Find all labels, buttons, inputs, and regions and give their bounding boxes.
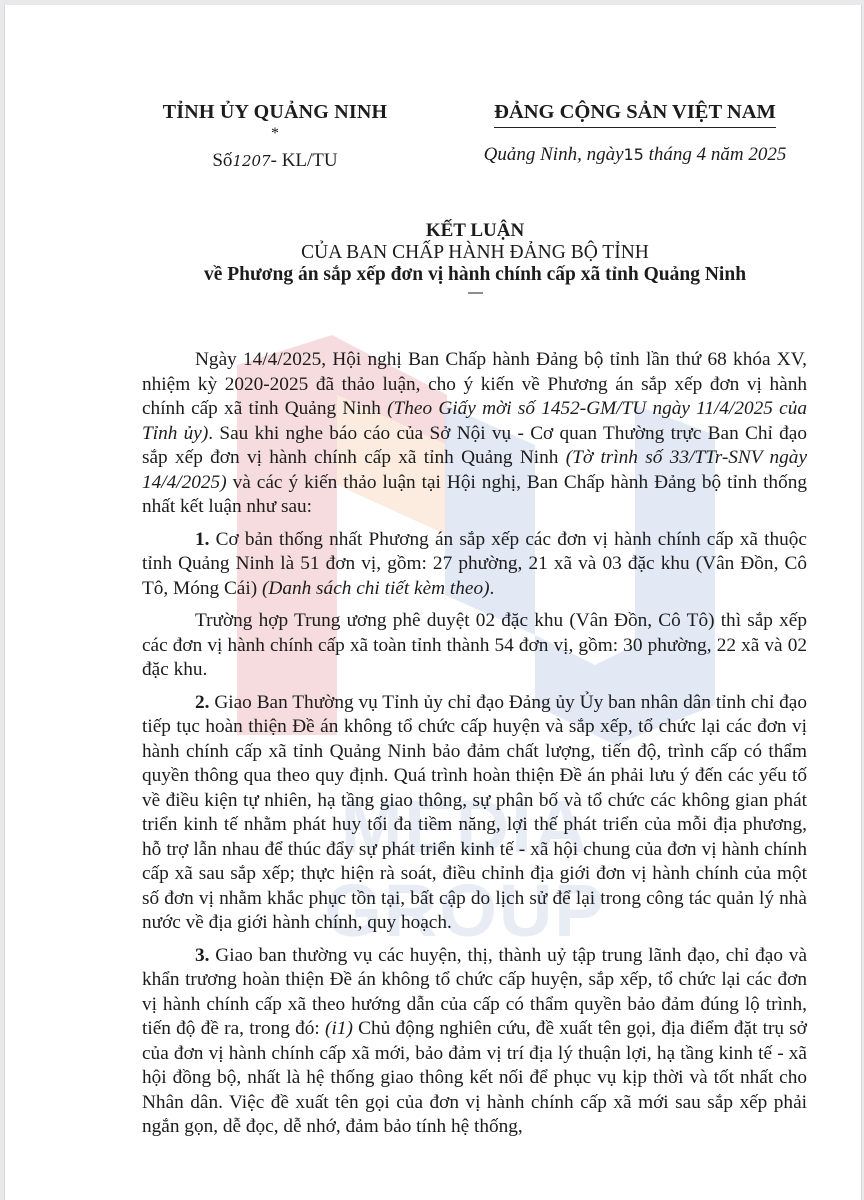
issuing-body: CỦA BAN CHẤP HÀNH ĐẢNG BỘ TỈNH (125, 242, 825, 264)
issuing-organization: TỈNH ỦY QUẢNG NINH (155, 101, 395, 124)
document-subject: về Phương án sắp xếp đơn vị hành chính c… (125, 264, 825, 286)
document-page: MEDIA GROUP TỈNH ỦY QUẢNG NINH * Số1207-… (4, 5, 862, 1200)
nation-motto: ĐẢNG CỘNG SẢN VIỆT NAM (494, 101, 776, 128)
body-paragraph: Ngày 14/4/2025, Hội nghị Ban Chấp hành Đ… (142, 348, 807, 520)
star-mark: * (155, 128, 395, 140)
document-number: Số1207- KL/TU (155, 150, 395, 172)
document-type: KẾT LUẬN (125, 220, 825, 242)
body-paragraph: Trường hợp Trung ương phê duyệt 02 đặc k… (142, 609, 807, 683)
document-title-block: KẾT LUẬN CỦA BAN CHẤP HÀNH ĐẢNG BỘ TỈNH … (125, 220, 825, 298)
handwritten-number: 1207 (232, 152, 270, 170)
place-date: Quảng Ninh, ngày15 tháng 4 năm 2025 (445, 144, 825, 166)
nation-header-block: ĐẢNG CỘNG SẢN VIỆT NAM Quảng Ninh, ngày1… (445, 101, 825, 166)
body-paragraph: 2. Giao Ban Thường vụ Tỉnh ủy chỉ đạo Đả… (142, 691, 807, 936)
document-body: Ngày 14/4/2025, Hội nghị Ban Chấp hành Đ… (142, 348, 807, 1148)
title-separator: ----- (125, 286, 825, 298)
issuing-authority-block: TỈNH ỦY QUẢNG NINH * Số1207- KL/TU (155, 101, 395, 172)
body-paragraph: 3. Giao ban thường vụ các huyện, thị, th… (142, 944, 807, 1140)
handwritten-day: 15 (624, 145, 644, 164)
body-paragraph: 1. Cơ bản thống nhất Phương án sắp xếp c… (142, 528, 807, 602)
